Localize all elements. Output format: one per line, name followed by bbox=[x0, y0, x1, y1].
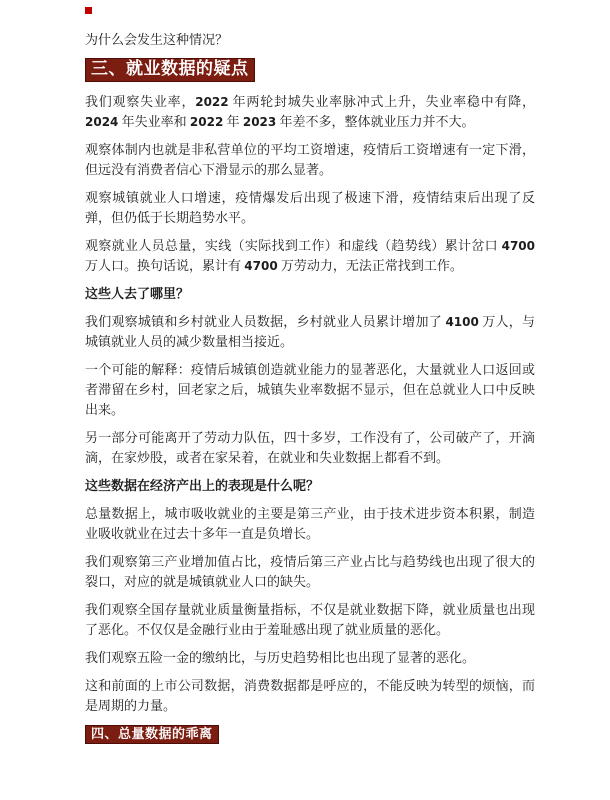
para-employment-quality: 我们观察全国存量就业质量衡量指标，不仅是就业数据下降，就业质量也出现了恶化。不仅… bbox=[85, 600, 535, 640]
para-possible-explanation: 一个可能的解释：疫情后城镇创造就业能力的显著恶化，大量就业人口返回或者滞留在乡村… bbox=[85, 360, 535, 420]
section-heading-employment-doubts: 三、就业数据的疑点 bbox=[85, 58, 255, 82]
document-content: 为什么会发生这种情况？ 三、就业数据的疑点 我们观察失业率，2022 年两轮封城… bbox=[85, 30, 535, 754]
para-tertiary-share-gap: 我们观察第三产业增加值占比，疫情后第三产业占比与趋势线也出现了很大的裂口，对应的… bbox=[85, 552, 535, 592]
para-left-labor-force: 另一部分可能离开了劳动力队伍，四十多岁，工作没有了，公司破产了，开滴滴，在家炒股… bbox=[85, 428, 535, 468]
para-social-insurance-ratio: 我们观察五险一金的缴纳比，与历史趋势相比也出现了显著的恶化。 bbox=[85, 648, 535, 668]
para-cycle-not-transition: 这和前面的上市公司数据，消费数据都是呼应的，不能反映为转型的烦恼，而是周期的力量… bbox=[85, 676, 535, 716]
intro-question: 为什么会发生这种情况？ bbox=[85, 30, 535, 50]
para-urban-employment-growth: 观察城镇就业人口增速，疫情爆发后出现了极速下滑，疫情结束后出现了反弹，但仍低于长… bbox=[85, 188, 535, 228]
para-institutional-wage-growth: 观察体制内也就是非私营单位的平均工资增速，疫情后工资增速有一定下滑，但远没有消费… bbox=[85, 140, 535, 180]
para-total-employment-gap: 观察就业人员总量，实线（实际找到工作）和虚线（趋势线）累计岔口 4700 万人口… bbox=[85, 236, 535, 276]
para-rural-employment-increase: 我们观察城镇和乡村就业人员数据，乡村就业人员累计增加了 4100 万人，与城镇就… bbox=[85, 312, 535, 352]
red-marker-icon bbox=[85, 7, 92, 14]
section-heading-wrap: 三、就业数据的疑点 bbox=[85, 58, 535, 82]
question-where-did-people-go: 这些人去了哪里？ bbox=[85, 284, 535, 304]
section-heading-aggregate-deviation: 四、总量数据的乖离 bbox=[85, 725, 219, 744]
para-tertiary-industry-absorption: 总量数据上，城市吸收就业的主要是第三产业，由于技术进步资本积累，制造业吸收就业在… bbox=[85, 504, 535, 544]
section-heading-wrap: 四、总量数据的乖离 bbox=[85, 724, 535, 744]
question-economic-output: 这些数据在经济产出上的表现是什么呢？ bbox=[85, 476, 535, 496]
document-page: 为什么会发生这种情况？ 三、就业数据的疑点 我们观察失业率，2022 年两轮封城… bbox=[0, 0, 610, 800]
para-unemployment-rate: 我们观察失业率，2022 年两轮封城失业率脉冲式上升，失业率稳中有降，2024 … bbox=[85, 92, 535, 132]
